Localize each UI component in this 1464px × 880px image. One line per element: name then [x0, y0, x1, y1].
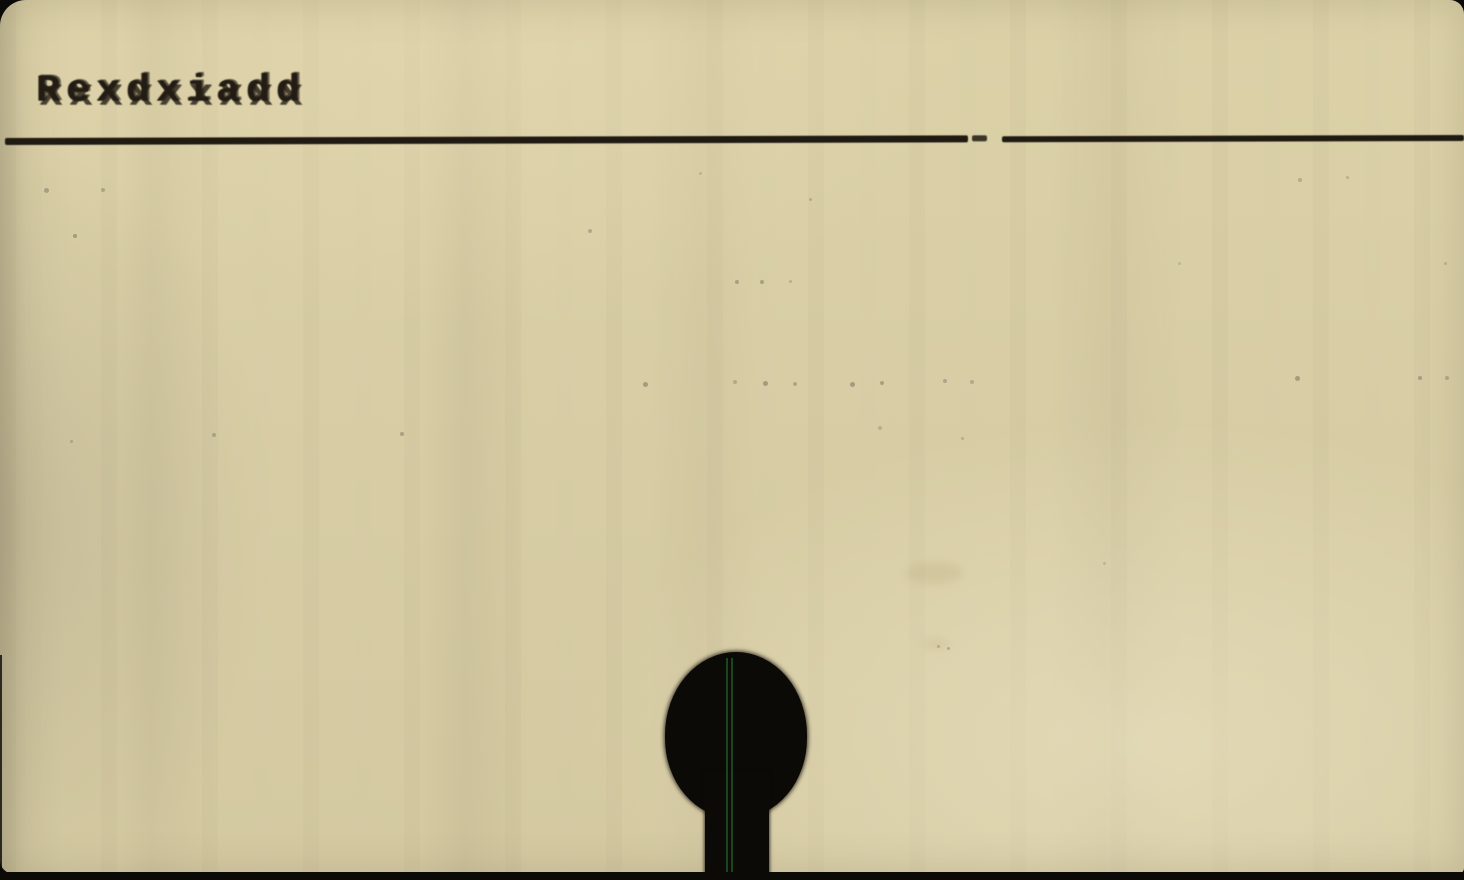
smudge [923, 638, 949, 650]
punch-hole-stem [705, 772, 769, 880]
speck [763, 381, 768, 386]
typed-heading: Rexdxiadd xxxxxxxxx Rexdxiadd [36, 70, 366, 122]
speck [850, 382, 855, 387]
speck [400, 432, 404, 436]
speck [699, 172, 702, 175]
speck [101, 188, 105, 192]
speck [1418, 376, 1422, 380]
speck [793, 382, 797, 386]
index-card: Rexdxiadd xxxxxxxxx Rexdxiadd [0, 0, 1464, 874]
scan-artifact-green-line [726, 658, 728, 880]
typed-heading-text: Rexdxiadd [36, 71, 306, 113]
speck [44, 188, 49, 193]
speck [1298, 178, 1302, 182]
speck [73, 234, 77, 238]
speck [1103, 562, 1106, 565]
speck [809, 198, 812, 201]
speck [1178, 262, 1181, 265]
speck [1346, 176, 1349, 179]
scan-edge-left [0, 655, 2, 874]
speck [760, 280, 764, 284]
punch-hole [665, 652, 807, 880]
scan-background: Rexdxiadd xxxxxxxxx Rexdxiadd [0, 0, 1464, 880]
ruled-line-right-segment [1002, 135, 1464, 142]
speck [970, 380, 974, 384]
speck [588, 229, 592, 233]
speck [735, 280, 739, 284]
speck [789, 280, 792, 283]
speck [1444, 262, 1447, 265]
speck [1295, 376, 1300, 381]
speck [1445, 376, 1449, 380]
scan-artifact-green-line [731, 658, 733, 880]
smudge [905, 562, 963, 584]
speck [643, 382, 648, 387]
speck [212, 433, 216, 437]
speck [880, 381, 884, 385]
ruled-line [0, 134, 1464, 146]
speck [943, 379, 947, 383]
speck [961, 437, 964, 440]
speck [70, 440, 73, 443]
speck [733, 380, 737, 384]
scan-edge-bottom [0, 872, 1464, 880]
speck [878, 426, 882, 430]
ruled-line-left-segment [5, 135, 968, 145]
ruled-line-dash-segment [972, 135, 987, 141]
